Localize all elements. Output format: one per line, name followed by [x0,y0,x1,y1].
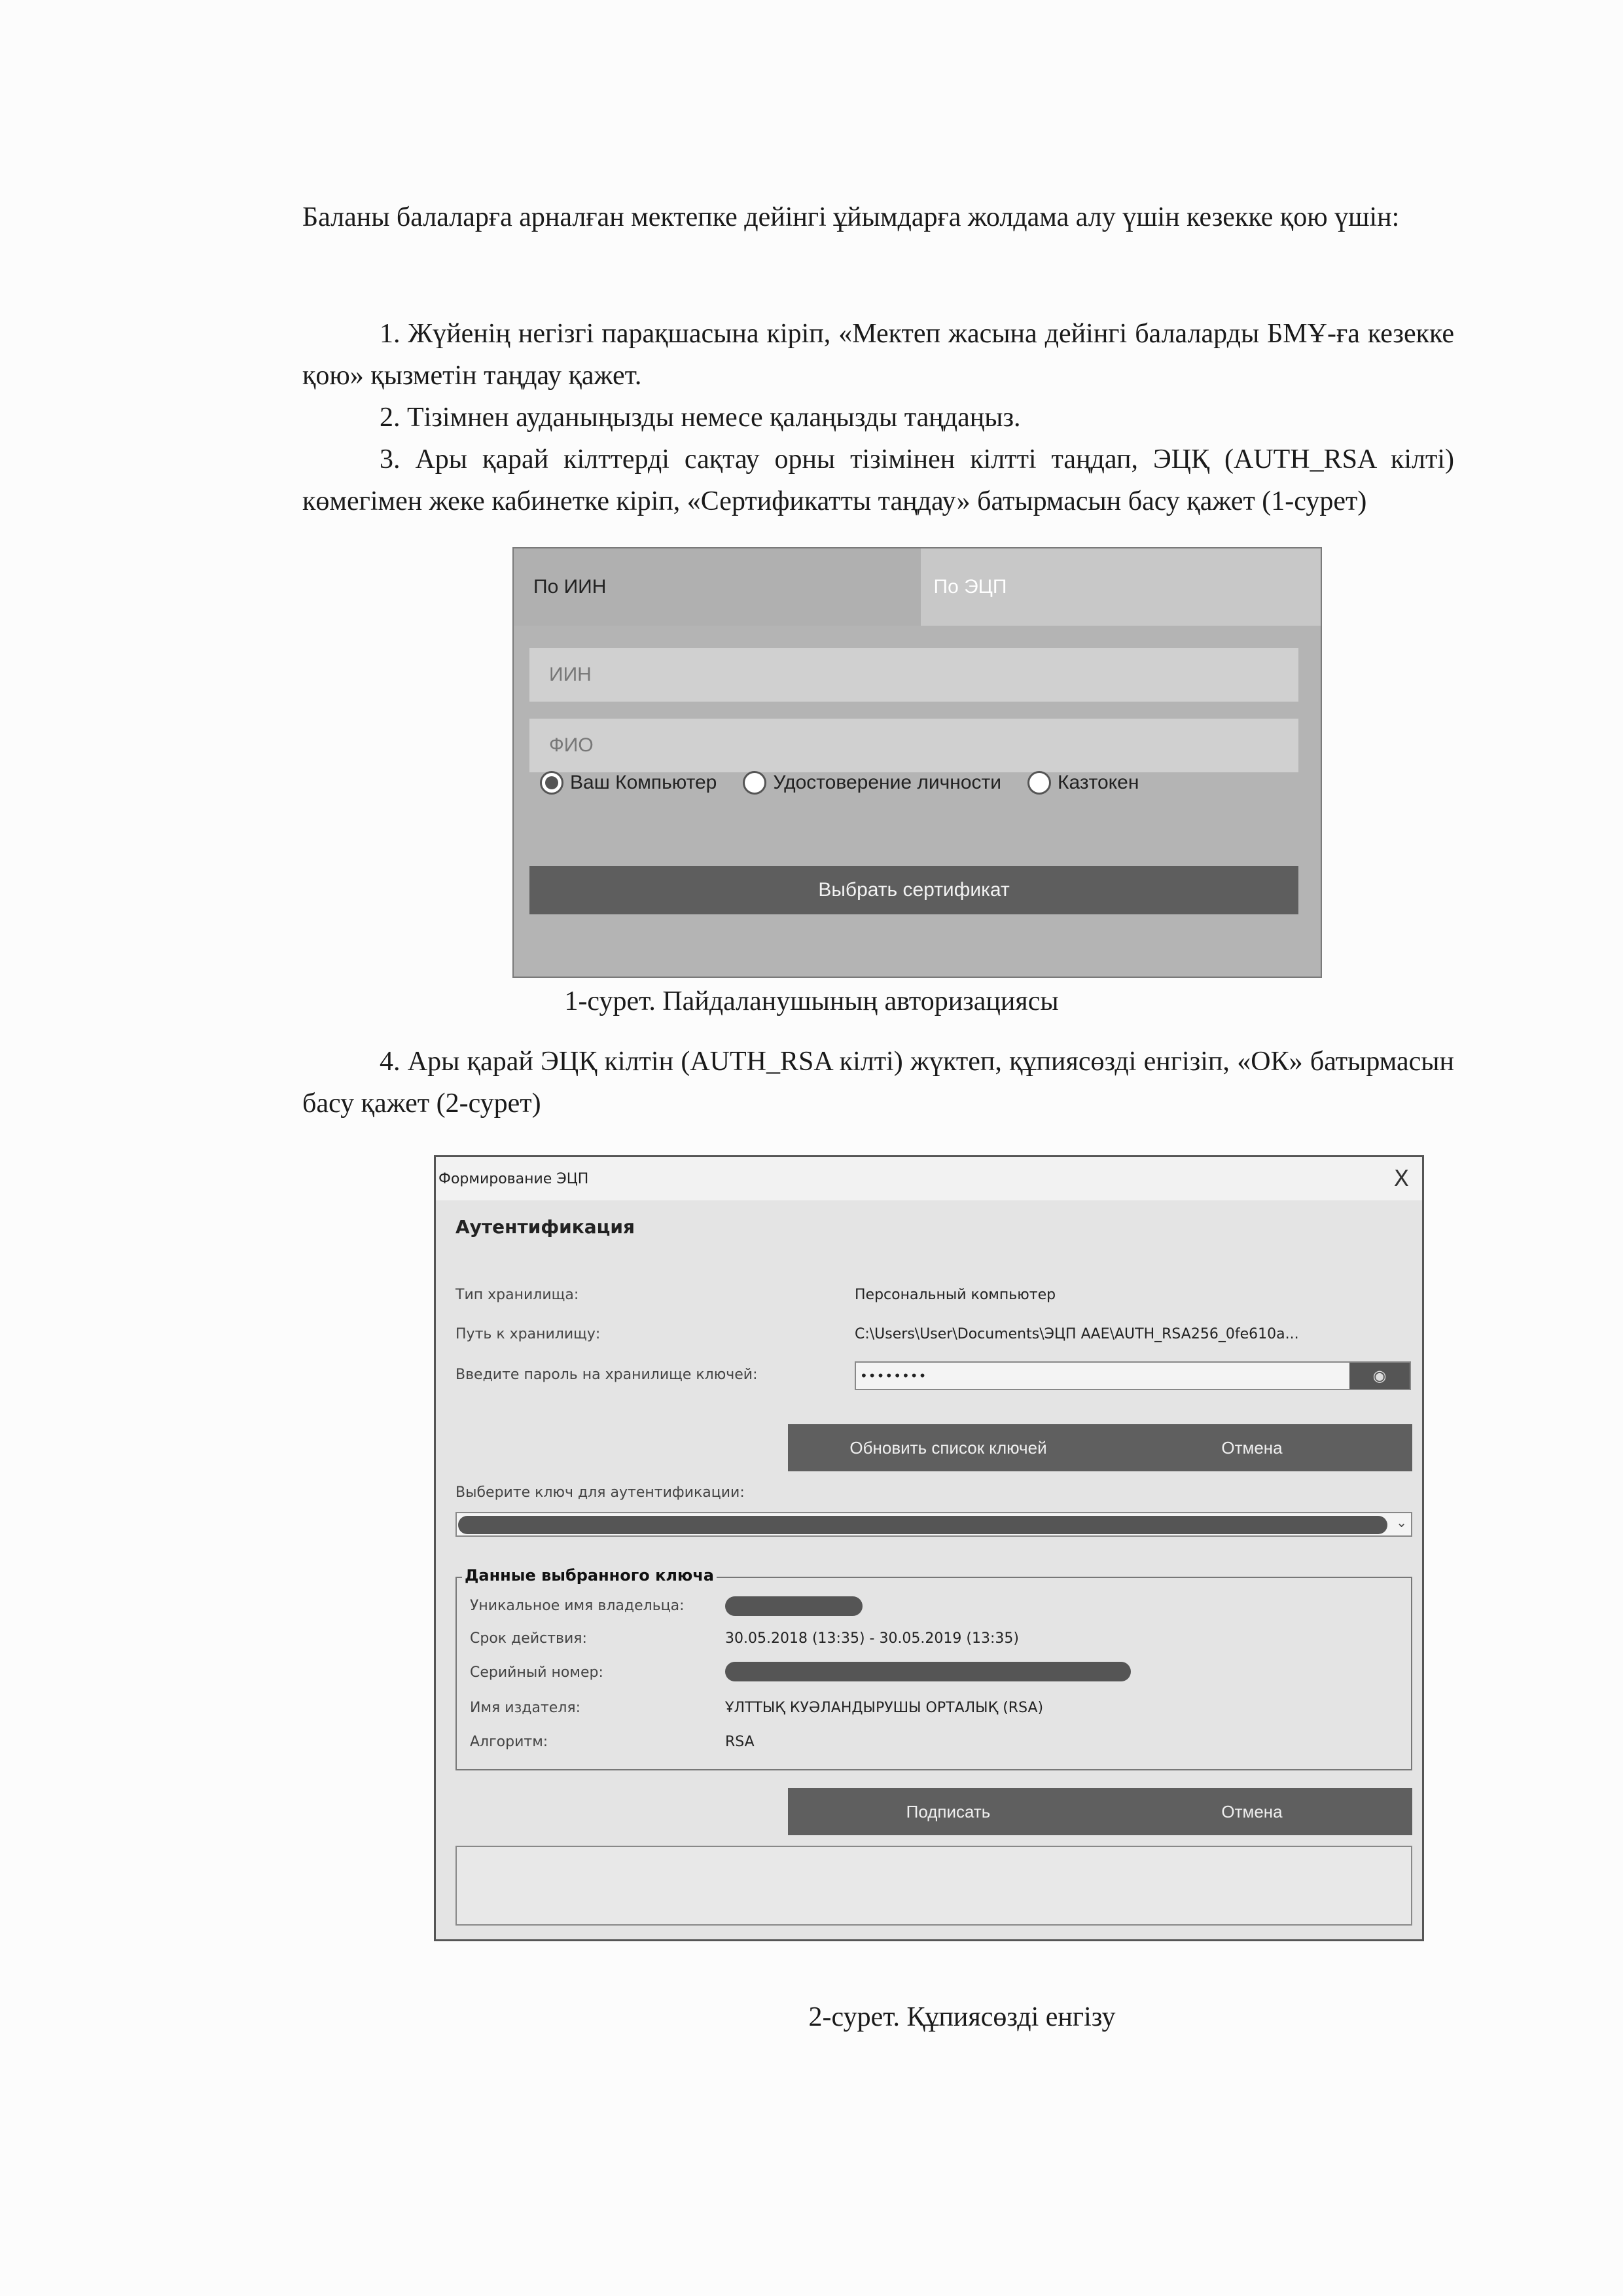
iin-input[interactable]: ИИН [529,648,1298,702]
figure-1-caption: 1-сурет. Пайдаланушының авторизациясы [0,982,1623,1021]
window-title: Формирование ЭЦП [438,1171,588,1187]
storage-type-label: Тип хранилища: [455,1287,579,1303]
redacted-key-value [458,1516,1387,1534]
auth-tabs: По ИИН По ЭЦП [514,548,1321,626]
validity-label: Срок действия: [470,1630,587,1647]
selected-key-details: Данные выбранного ключа Уникальное имя в… [455,1577,1412,1770]
radio-your-computer[interactable]: Ваш Компьютер [540,771,717,795]
step-3: 3. Ары қарай кілттерді сақтау орны тізім… [302,439,1454,522]
cancel-button-bottom[interactable]: Отмена [1092,1788,1412,1835]
password-label: Введите пароль на хранилище ключей: [455,1367,757,1383]
owner-name-label: Уникальное имя владельца: [470,1598,685,1614]
intro-paragraph: Баланы балаларға арналған мектепке дейін… [302,196,1454,238]
window-titlebar: Формирование ЭЦП X [436,1157,1422,1200]
radio-checked-icon [540,771,563,795]
issuer-value: ҰЛТТЫҚ КУӘЛАНДЫРУШЫ ОРТАЛЫҚ (RSA) [725,1700,1043,1716]
step-1: 1. Жүйенің негізгі парақшасына кіріп, «М… [302,313,1454,397]
issuer-label: Имя издателя: [470,1700,580,1716]
redacted-owner-name [725,1596,863,1616]
radio-id-card[interactable]: Удостоверение личности [743,771,1001,795]
password-field[interactable]: •••••••• ◉ [855,1361,1411,1390]
figure-1-auth-dialog: По ИИН По ЭЦП ИИН ФИО Ваш Компьютер Удос… [512,547,1322,978]
step-2: 2. Тізімнен ауданыңызды немесе қалаңызды… [302,397,1454,439]
redacted-serial-number [725,1662,1131,1681]
step-4: 4. Ары қарай ЭЦҚ кілтін (AUTH_RSA кілті)… [302,1041,1454,1124]
serial-number-label: Серийный номер: [470,1664,603,1681]
key-storage-radio-group: Ваш Компьютер Удостоверение личности Каз… [540,771,1165,795]
algorithm-label: Алгоритм: [470,1734,548,1750]
tab-by-iin[interactable]: По ИИН [514,548,921,626]
refresh-keys-button[interactable]: Обновить список ключей [788,1424,1109,1471]
storage-type-value: Персональный компьютер [855,1287,1056,1303]
validity-value: 30.05.2018 (13:35) - 30.05.2019 (13:35) [725,1630,1019,1647]
algorithm-value: RSA [725,1734,755,1750]
close-icon[interactable]: X [1394,1166,1409,1192]
select-key-label: Выберите ключ для аутентификации: [455,1484,745,1501]
figure-2-eds-dialog: Формирование ЭЦП X Аутентификация Тип хр… [434,1155,1424,1941]
password-value: •••••••• [856,1368,927,1384]
show-password-eye-icon[interactable]: ◉ [1349,1363,1410,1389]
radio-label: Ваш Компьютер [570,772,717,794]
key-details-title: Данные выбранного ключа [462,1566,717,1585]
tab-by-eds[interactable]: По ЭЦП [921,548,1321,626]
radio-unchecked-icon [743,771,766,795]
select-certificate-button[interactable]: Выбрать сертификат [529,866,1298,914]
radio-kaztoken[interactable]: Казтокен [1027,771,1139,795]
status-log-area [455,1846,1412,1926]
radio-unchecked-icon [1027,771,1051,795]
storage-path-label: Путь к хранилищу: [455,1326,600,1342]
sign-button[interactable]: Подписать [788,1788,1109,1835]
radio-label: Удостоверение личности [773,772,1001,794]
dialog-heading: Аутентификация [455,1216,635,1238]
figure-2-caption: 2-сурет. Құпиясөзді енгізу [151,1998,1623,2037]
chevron-down-icon: ⌄ [1396,1515,1407,1530]
fio-input[interactable]: ФИО [529,719,1298,772]
storage-path-value: C:\Users\User\Documents\ЭЦП ААЕ\AUTH_RSA… [855,1326,1299,1342]
key-select-dropdown[interactable]: ⌄ [455,1512,1412,1537]
cancel-button-top[interactable]: Отмена [1092,1424,1412,1471]
radio-label: Казтокен [1058,772,1139,794]
